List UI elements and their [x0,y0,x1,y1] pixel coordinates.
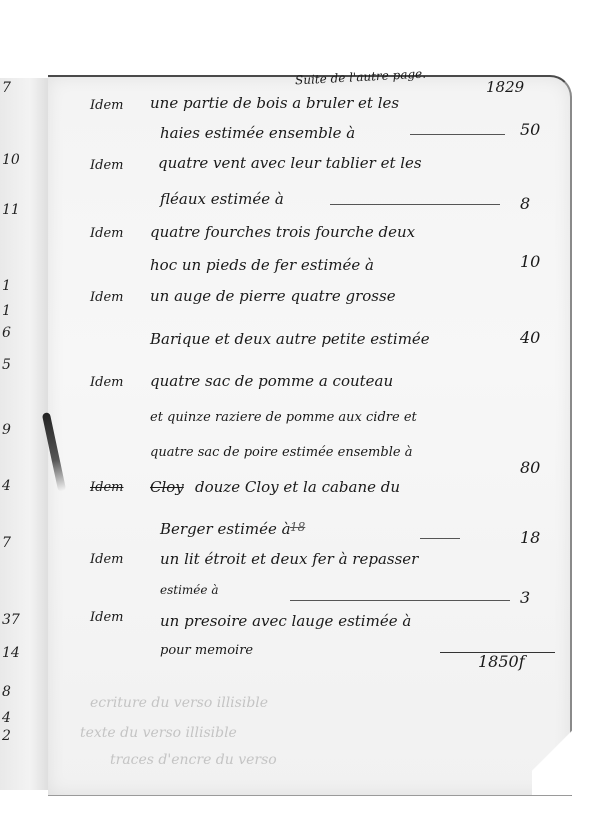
manuscript-page [48,75,572,796]
leader-dash [410,134,505,135]
margin-number: 2 [2,728,11,744]
margin-number: 37 [2,612,20,628]
entry-label: Idem [90,226,123,241]
bleedthrough-text: ecriture du verso illisible [90,695,268,711]
entry-amount: 8 [520,194,530,213]
margin-number: 10 [2,152,20,168]
entry-line: et quinze raziere de pomme aux cidre et [150,410,417,425]
entry-line: pour memoire [160,643,253,658]
total-value: 1850 [478,652,519,671]
entry-line: quatre fourches trois fourche deux [150,223,415,241]
carried-forward-amount: 1829 [486,78,524,96]
entry-amount: 3 [520,588,530,607]
margin-number: 8 [2,684,11,700]
margin-number: 11 [2,202,20,218]
total-suffix: f [519,652,525,671]
entry-line: un lit étroit et deux fer à repasser [160,550,418,568]
margin-number: 5 [2,357,11,373]
entry-label: Idem [90,290,123,305]
entry-line: quatre vent avec leur tablier et les [158,154,422,172]
margin-number: 7 [2,535,11,551]
entry-line: hoc un pieds de fer estimée à [150,256,374,274]
margin-number: 4 [2,478,11,494]
entry-label: Idem [90,552,123,567]
entry-amount: 40 [520,328,540,347]
entry-line: fléaux estimée à [160,190,284,208]
margin-number: 14 [2,645,20,661]
entry-label: Idem [90,610,123,625]
leader-dash [420,538,460,539]
entry-amount: 18 [520,528,540,547]
margin-number: 6 [2,325,11,341]
struck-word: Cloy [150,478,184,496]
entry-line: un auge de pierre quatre grosse [150,287,396,305]
bleedthrough-text: traces d'encre du verso [110,752,277,768]
entry-line: Barique et deux autre petite estimée [150,330,430,348]
entry-line: quatre sac de poire estimée ensemble à [150,445,412,460]
entry-line: haies estimée ensemble à [160,124,355,142]
entry-label-struck: Idem [90,480,123,495]
entry-line: estimée à [160,583,218,597]
margin-number: 4 [2,710,11,726]
entry-amount: 10 [520,252,540,271]
entry-amount: 50 [520,120,540,139]
margin-number: 1 [2,303,11,319]
struck-value: 18 [290,520,305,534]
entry-label: Idem [90,375,123,390]
entry-amount: 80 [520,458,540,477]
entry-label: Idem [90,98,123,113]
entry-line: douze Cloy et la cabane du [195,478,400,496]
entry-label: Idem [90,158,123,173]
leader-dash [290,600,510,601]
leader-dash [330,204,500,205]
entry-line: une partie de bois a bruler et les [150,94,399,112]
margin-number: 7 [2,80,11,96]
entry-line: un presoire avec lauge estimée à [160,612,411,630]
total-amount: 1850f [478,652,525,671]
bleedthrough-text: texte du verso illisible [80,725,237,741]
entry-line: quatre sac de pomme a couteau [150,372,393,390]
margin-number: 9 [2,422,11,438]
margin-number: 1 [2,278,11,294]
entry-line: Berger estimée à [160,520,291,538]
